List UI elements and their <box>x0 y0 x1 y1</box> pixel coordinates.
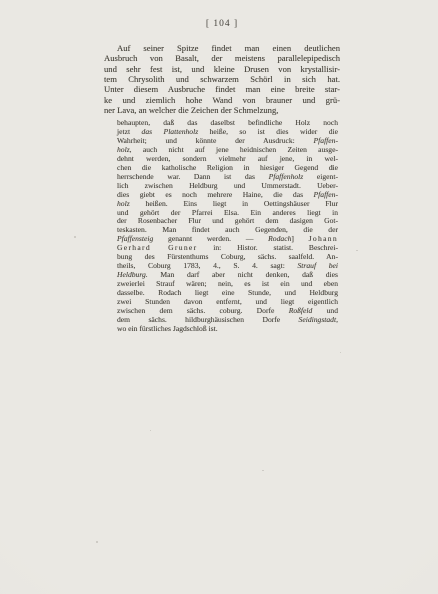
italic-text: Pfaffenholz <box>269 172 304 181</box>
text-line: ner Lava, an welcher die Zeichen der Sch… <box>104 105 340 115</box>
text-segment: jetzt <box>117 127 142 136</box>
text-segment: auch nicht auf jene heidnischen Zeiten a… <box>132 145 338 154</box>
text-segment: in: Histor. statist. Beschrei- <box>197 243 338 252</box>
italic-text: Strauf bei <box>297 261 338 270</box>
text-line: tem Chrysolith und schwarzem Schörl in s… <box>104 74 340 84</box>
text-segment: behaupten, daß das daselbst befindliche … <box>117 118 338 127</box>
scan-speck <box>74 236 76 238</box>
text-segment: bung des Fürstenthums Coburg, sächs. saa… <box>117 252 338 261</box>
text-line: und sehr fest ist, und kleine Drusen von… <box>104 64 340 74</box>
text-segment: eigent- <box>303 172 338 181</box>
italic-text: das Plattenholz <box>142 127 199 136</box>
text-segment: ke und ziemlich hohe Wand von brauner un… <box>104 95 340 105</box>
spaced-name-text: Gerhard Gruner <box>117 243 197 252</box>
scan-speck <box>96 541 98 543</box>
scan-speck <box>356 250 358 251</box>
italic-text: Heldburg. <box>117 270 148 279</box>
text-segment: dasselbe. Rodach liegt eine Stunde, und … <box>117 288 338 297</box>
text-segment: ner Lava, an welcher die Zeichen der Sch… <box>104 105 278 115</box>
text-line: Unter diesem Ausbruche findet man eine b… <box>104 84 340 94</box>
text-segment: chen die katholische Religion in hiesige… <box>117 163 338 172</box>
italic-text: Pfaffen- <box>314 190 338 199</box>
text-segment: und gehört der Pfarrei Elsa. Ein anderes… <box>117 208 338 217</box>
text-segment: zwei Stunden davon entfernt, und liegt e… <box>117 297 338 306</box>
italic-text: Seidingstadt <box>299 315 337 324</box>
text-segment: teskasten. Man findet auch Gegenden, die… <box>117 225 338 234</box>
text-segment: zwischen dem sächs. coburg. Dorfe <box>117 306 289 315</box>
scan-speck <box>262 470 264 471</box>
text-segment: ] <box>291 234 308 243</box>
text-segment: lich zwischen Heldburg und Ummerstadt. U… <box>117 181 338 190</box>
text-segment: dies giebt es noch mehrere Haine, die da… <box>117 190 314 199</box>
text-line: wo ein fürstliches Jagdschloß ist. <box>117 325 338 334</box>
text-segment: tem Chrysolith und schwarzem Schörl in s… <box>104 74 340 84</box>
text-line: ke und ziemlich hohe Wand von brauner un… <box>104 95 340 105</box>
page-number-header: [ 104 ] <box>104 19 340 29</box>
text-segment: Man darf aber nicht denken, daß dies <box>148 270 338 279</box>
italic-text: Rodach <box>268 234 291 243</box>
text-line: Auf seiner Spitze findet man einen deutl… <box>104 43 340 53</box>
text-segment: herrschende war. Dann ist das <box>117 172 269 181</box>
text-segment: heiße, so ist dies wider die <box>198 127 338 136</box>
text-segment: zweierlei Strauf wären; nein, es ist ein… <box>117 279 338 288</box>
text-segment: , <box>336 315 338 324</box>
text-segment: Wahrheit; und könnte der Ausdruck: <box>117 136 314 145</box>
text-segment: und sehr fest ist, und kleine Drusen von… <box>104 64 340 74</box>
text-segment: und <box>312 306 338 315</box>
footnote-block: behaupten, daß das daselbst befindliche … <box>117 119 338 334</box>
scan-speck <box>150 430 151 431</box>
scan-speck: 1 <box>331 164 335 172</box>
text-segment: wo ein fürstliches Jagdschloß ist. <box>117 324 218 333</box>
scanned-book-page: { "palette": { "paper": "#eae8e3", "ink"… <box>0 0 438 594</box>
text-segment: heißen. Eins liegt in Oettingshäuser Flu… <box>130 199 338 208</box>
italic-text: Pfaffen- <box>314 136 338 145</box>
text-segment: Unter diesem Ausbruche findet man eine b… <box>104 84 340 94</box>
text-segment: genannt werden. — <box>153 234 268 243</box>
text-segment: Auf seiner Spitze findet man einen deutl… <box>117 43 340 53</box>
page-scan: [ 104 ] Auf seiner Spitze findet man ein… <box>0 0 438 594</box>
scan-speck <box>340 352 341 353</box>
text-line: Ausbruch von Basalt, der meistens parall… <box>104 53 340 63</box>
text-segment: theils, Coburg 1783, 4., S. 4. sagt: <box>117 261 297 270</box>
italic-text: holz, <box>117 145 132 154</box>
spaced-name-text: Johann <box>309 234 338 243</box>
text-segment: dehnt werden, sondern vielmehr auf jene,… <box>117 154 338 163</box>
italic-text: holz <box>117 199 130 208</box>
text-segment: der Rosenbacher Flur und gehört dem dasi… <box>117 216 338 225</box>
italic-text: Roßfeld <box>289 306 313 315</box>
text-segment: Ausbruch von Basalt, der meistens parall… <box>104 53 340 63</box>
italic-text: Pfaffensteig <box>117 234 153 243</box>
text-segment: dem sächs. hildburghäusischen Dorfe <box>117 315 299 324</box>
main-text-block: Auf seiner Spitze findet man einen deutl… <box>104 43 340 115</box>
